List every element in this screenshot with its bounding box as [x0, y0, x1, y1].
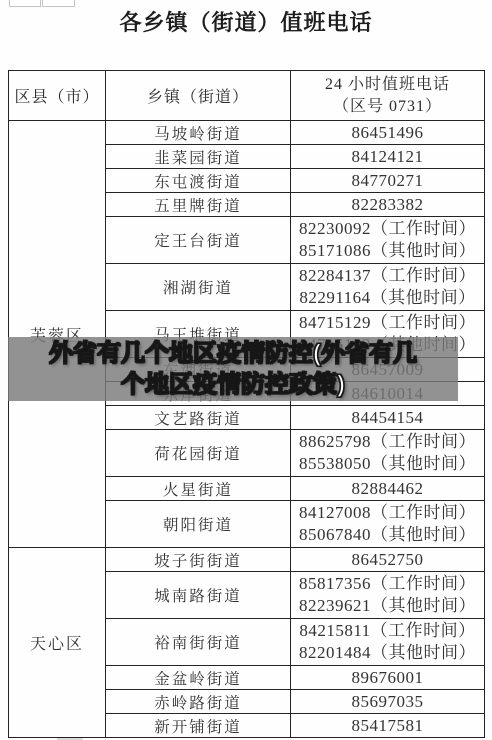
header-phone-line1: 24 小时值班电话 — [291, 74, 484, 96]
street-cell: 坡子街街道 — [106, 548, 291, 572]
street-cell: 马坡岭街道 — [106, 121, 291, 145]
table-row: 芙蓉区马坡岭街道86451496 — [9, 121, 485, 145]
phone-number: 82284137（工作时间） — [291, 265, 484, 287]
phone-cell: 86452750 — [291, 548, 485, 572]
phone-cell: 85817356（工作时间）82239621（其他时间） — [291, 572, 485, 619]
street-cell: 东屯渡街道 — [106, 169, 291, 193]
phone-number: 84770271 — [291, 170, 484, 192]
street-cell: 金盆岭街道 — [106, 666, 291, 690]
watermark-text: 外省有几个地区疫情防控(外省有几个地区疫情防控政策) — [40, 338, 426, 400]
phone-number: 84127008（工作时间） — [291, 502, 484, 524]
street-cell: 定王台街道 — [106, 217, 291, 264]
phone-cell: 84770271 — [291, 169, 485, 193]
street-cell: 城南路街道 — [106, 572, 291, 619]
phone-number: 86451496 — [291, 122, 484, 144]
phone-number: 84124121 — [291, 146, 484, 168]
phone-number: 88625798（工作时间） — [291, 431, 484, 453]
table-row: 天心区坡子街街道86452750 — [9, 548, 485, 572]
phone-number: 84454154 — [291, 407, 484, 429]
phone-number: 82230092（工作时间） — [291, 218, 484, 240]
header-phone: 24 小时值班电话 （区号 0731） — [291, 71, 485, 121]
phone-number: 82239621（其他时间） — [291, 595, 484, 617]
duty-table-body: 区县（市） 乡镇（街道） 24 小时值班电话 （区号 0731） 芙蓉区马坡岭街… — [9, 71, 485, 738]
phone-number: 82291164（其他时间） — [291, 287, 484, 309]
phone-number: 85817356（工作时间） — [291, 573, 484, 595]
phone-cell: 82283382 — [291, 193, 485, 217]
street-cell: 荷花园街道 — [106, 430, 291, 477]
street-cell: 韭菜园街道 — [106, 145, 291, 169]
street-cell: 裕南街街道 — [106, 619, 291, 666]
phone-number: 82884462 — [291, 478, 484, 500]
phone-cell: 84127008（工作时间）85067840（其他时间） — [291, 501, 485, 548]
duty-phone-table: 区县（市） 乡镇（街道） 24 小时值班电话 （区号 0731） 芙蓉区马坡岭街… — [8, 70, 485, 738]
phone-cell: 85417581 — [291, 714, 485, 738]
phone-cell: 84454154 — [291, 406, 485, 430]
phone-number: 89676001 — [291, 667, 484, 689]
phone-cell: 84124121 — [291, 145, 485, 169]
phone-number: 85067840（其他时间） — [291, 524, 484, 546]
district-cell: 天心区 — [9, 548, 106, 738]
watermark-band: 外省有几个地区疫情防控(外省有几个地区疫情防控政策) — [8, 337, 458, 401]
phone-cell: 86451496 — [291, 121, 485, 145]
street-cell: 五里牌街道 — [106, 193, 291, 217]
street-cell: 朝阳街道 — [106, 501, 291, 548]
street-cell: 火星街道 — [106, 477, 291, 501]
header-district: 区县（市） — [9, 71, 106, 121]
street-cell: 湘湖街道 — [106, 264, 291, 311]
phone-number: 86452750 — [291, 549, 484, 571]
header-street: 乡镇（街道） — [106, 71, 291, 121]
phone-cell: 88625798（工作时间）85538050（其他时间） — [291, 430, 485, 477]
phone-cell: 84215811（工作时间）82201484（其他时间） — [291, 619, 485, 666]
street-cell: 赤岭路街道 — [106, 690, 291, 714]
phone-number: 82283382 — [291, 194, 484, 216]
phone-number: 82201484（其他时间） — [291, 642, 484, 664]
phone-cell: 89676001 — [291, 666, 485, 690]
phone-number: 85538050（其他时间） — [291, 453, 484, 475]
phone-number: 84715129（工作时间） — [291, 312, 484, 334]
phone-cell: 82230092（工作时间）85171086（其他时间） — [291, 217, 485, 264]
phone-cell: 85697035 — [291, 690, 485, 714]
phone-number: 84215811（工作时间） — [291, 620, 484, 642]
phone-cell: 82284137（工作时间）82291164（其他时间） — [291, 264, 485, 311]
phone-number: 85417581 — [291, 715, 484, 737]
table-header-row: 区县（市） 乡镇（街道） 24 小时值班电话 （区号 0731） — [9, 71, 485, 121]
page-title: 各乡镇（街道）值班电话 — [0, 6, 492, 37]
street-cell: 文艺路街道 — [106, 406, 291, 430]
phone-cell: 82884462 — [291, 477, 485, 501]
header-phone-line2: （区号 0731） — [291, 96, 484, 118]
phone-number: 85171086（其他时间） — [291, 240, 484, 262]
phone-number: 85697035 — [291, 691, 484, 713]
district-cell: 芙蓉区 — [9, 121, 106, 548]
street-cell: 新开铺街道 — [106, 714, 291, 738]
